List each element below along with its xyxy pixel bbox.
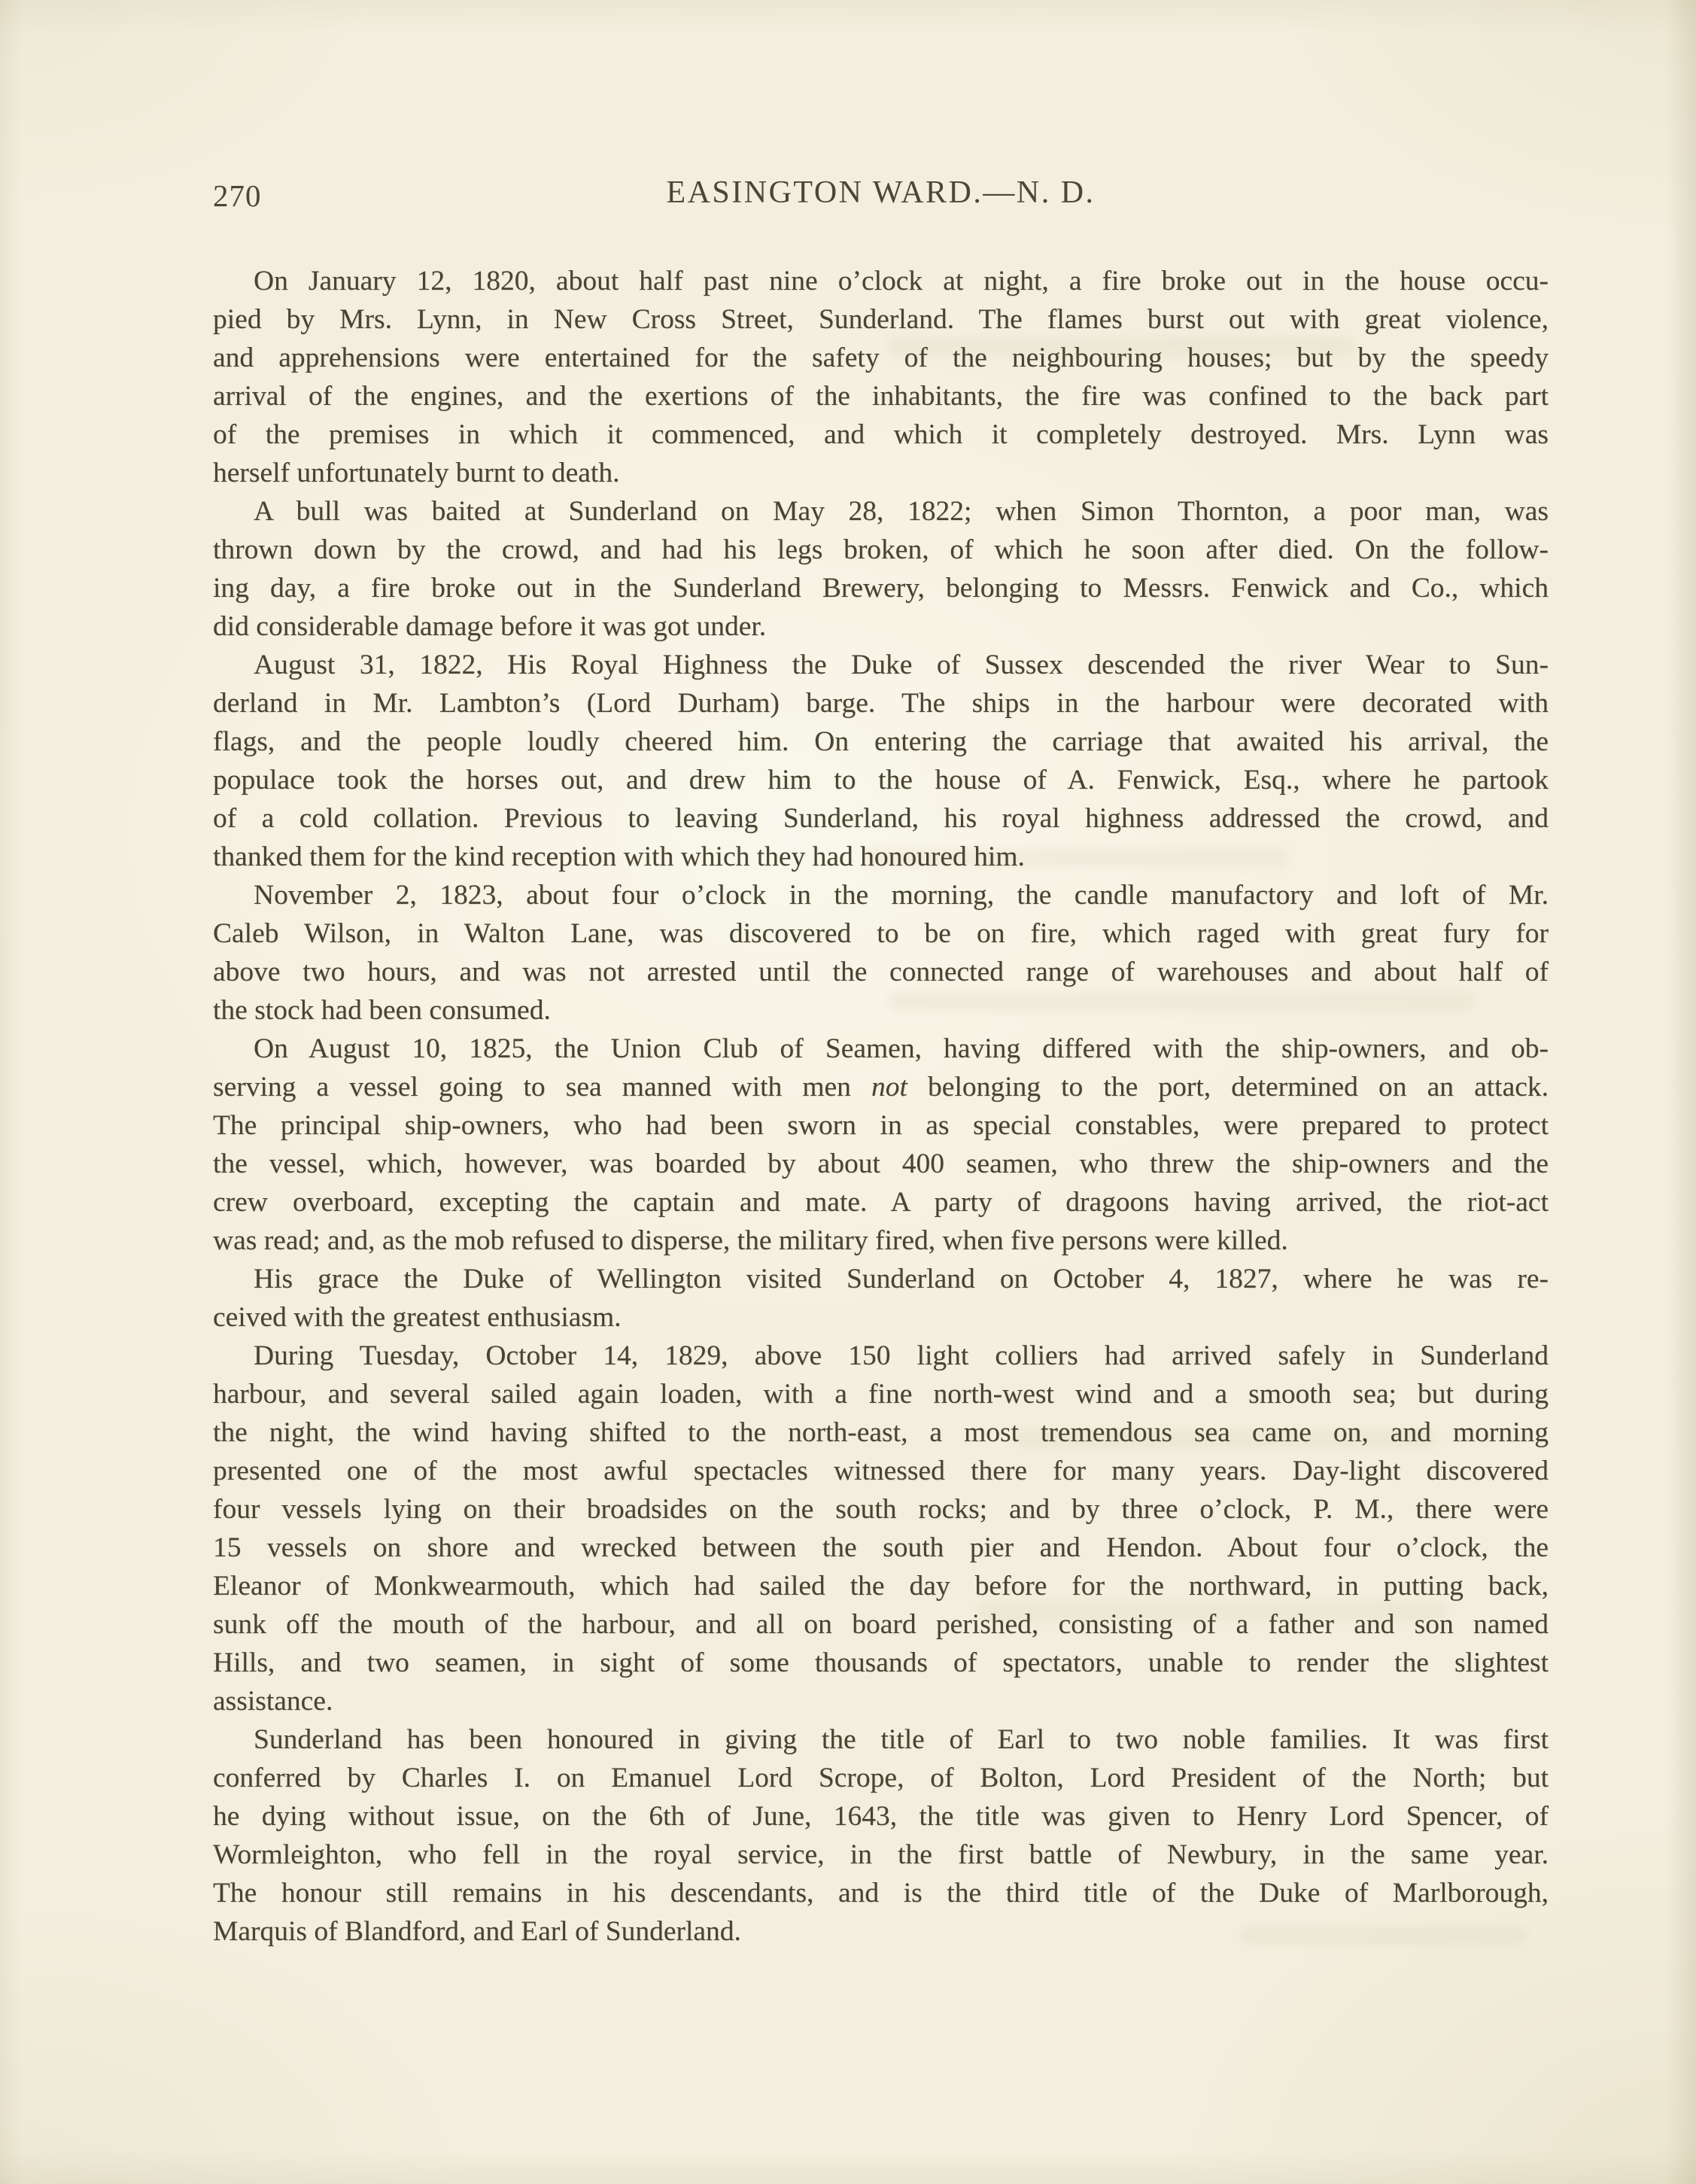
paragraph: On January 12, 1820, about half past nin… bbox=[213, 262, 1549, 492]
text-line: of the premises in which it commenced, a… bbox=[213, 415, 1549, 454]
text-line: herself unfortunately burnt to death. bbox=[213, 454, 1549, 492]
text-line: The principal ship-owners, who had been … bbox=[213, 1106, 1549, 1145]
text-line: the vessel, which, however, was boarded … bbox=[213, 1145, 1549, 1183]
text-line: derland in Mr. Lambton’s (Lord Durham) b… bbox=[213, 684, 1549, 722]
text-line: sunk off the mouth of the harbour, and a… bbox=[213, 1605, 1549, 1644]
text-line: ing day, a fire broke out in the Sunderl… bbox=[213, 569, 1549, 607]
text-line: 15 vessels on shore and wrecked between … bbox=[213, 1528, 1549, 1567]
text-line: The honour still remains in his descenda… bbox=[213, 1874, 1549, 1912]
paragraph: His grace the Duke of Wellington visited… bbox=[213, 1260, 1549, 1337]
text-line: presented one of the most awful spectacl… bbox=[213, 1452, 1549, 1490]
text-line: and apprehensions were entertained for t… bbox=[213, 339, 1549, 377]
running-title: EASINGTON WARD.—N. D. bbox=[213, 175, 1549, 211]
text-line: During Tuesday, October 14, 1829, above … bbox=[213, 1337, 1549, 1375]
text-line: Marquis of Blandford, and Earl of Sunder… bbox=[213, 1912, 1549, 1951]
text-line: of a cold collation. Previous to leaving… bbox=[213, 799, 1549, 838]
text-line: populace took the horses out, and drew h… bbox=[213, 761, 1549, 799]
text-body: On January 12, 1820, about half past nin… bbox=[213, 262, 1549, 1951]
text-line: assistance. bbox=[213, 1682, 1549, 1720]
text-line: November 2, 1823, about four o’clock in … bbox=[213, 876, 1549, 914]
text-line: Hills, and two seamen, in sight of some … bbox=[213, 1644, 1549, 1682]
text-line: the stock had been consumed. bbox=[213, 991, 1549, 1030]
text-line: Sunderland has been honoured in giving t… bbox=[213, 1720, 1549, 1759]
text-line: On January 12, 1820, about half past nin… bbox=[213, 262, 1549, 300]
italic-text: not bbox=[871, 1072, 907, 1103]
text-line: His grace the Duke of Wellington visited… bbox=[213, 1260, 1549, 1298]
text-line: thanked them for the kind reception with… bbox=[213, 838, 1549, 876]
text-line: the night, the wind having shifted to th… bbox=[213, 1413, 1549, 1452]
paragraph: On August 10, 1825, the Union Club of Se… bbox=[213, 1030, 1549, 1260]
text-line: flags, and the people loudly cheered him… bbox=[213, 722, 1549, 761]
text-line: harbour, and several sailed again loaden… bbox=[213, 1375, 1549, 1413]
text-line: arrival of the engines, and the exertion… bbox=[213, 377, 1549, 415]
text-line: he dying without issue, on the 6th of Ju… bbox=[213, 1797, 1549, 1836]
text-line: August 31, 1822, His Royal Highness the … bbox=[213, 646, 1549, 684]
text-line: On August 10, 1825, the Union Club of Se… bbox=[213, 1030, 1549, 1068]
paragraph: During Tuesday, October 14, 1829, above … bbox=[213, 1337, 1549, 1720]
text-line: did considerable damage before it was go… bbox=[213, 607, 1549, 646]
text-line: Wormleighton, who fell in the royal serv… bbox=[213, 1836, 1549, 1874]
text-line: Eleanor of Monkwearmouth, which had sail… bbox=[213, 1567, 1549, 1605]
text-line: was read; and, as the mob refused to dis… bbox=[213, 1221, 1549, 1260]
text-line: serving a vessel going to sea manned wit… bbox=[213, 1068, 1549, 1106]
page-header: 270 EASINGTON WARD.—N. D. bbox=[213, 175, 1549, 217]
paragraph: November 2, 1823, about four o’clock in … bbox=[213, 876, 1549, 1030]
paragraph: A bull was baited at Sunderland on May 2… bbox=[213, 492, 1549, 646]
paragraph: Sunderland has been honoured in giving t… bbox=[213, 1720, 1549, 1951]
text-line: Caleb Wilson, in Walton Lane, was discov… bbox=[213, 914, 1549, 953]
text-line: above two hours, and was not arrested un… bbox=[213, 953, 1549, 991]
paragraph: August 31, 1822, His Royal Highness the … bbox=[213, 646, 1549, 876]
text-line: ceived with the greatest enthusiasm. bbox=[213, 1298, 1549, 1337]
text-line: thrown down by the crowd, and had his le… bbox=[213, 531, 1549, 569]
scanned-book-page: { "page": { "number": "270", "running_ti… bbox=[0, 0, 1696, 2184]
text-line: four vessels lying on their broadsides o… bbox=[213, 1490, 1549, 1528]
text-line: crew overboard, excepting the captain an… bbox=[213, 1183, 1549, 1221]
text-line: pied by Mrs. Lynn, in New Cross Street, … bbox=[213, 300, 1549, 339]
text-line: conferred by Charles I. on Emanuel Lord … bbox=[213, 1759, 1549, 1797]
text-line: A bull was baited at Sunderland on May 2… bbox=[213, 492, 1549, 531]
